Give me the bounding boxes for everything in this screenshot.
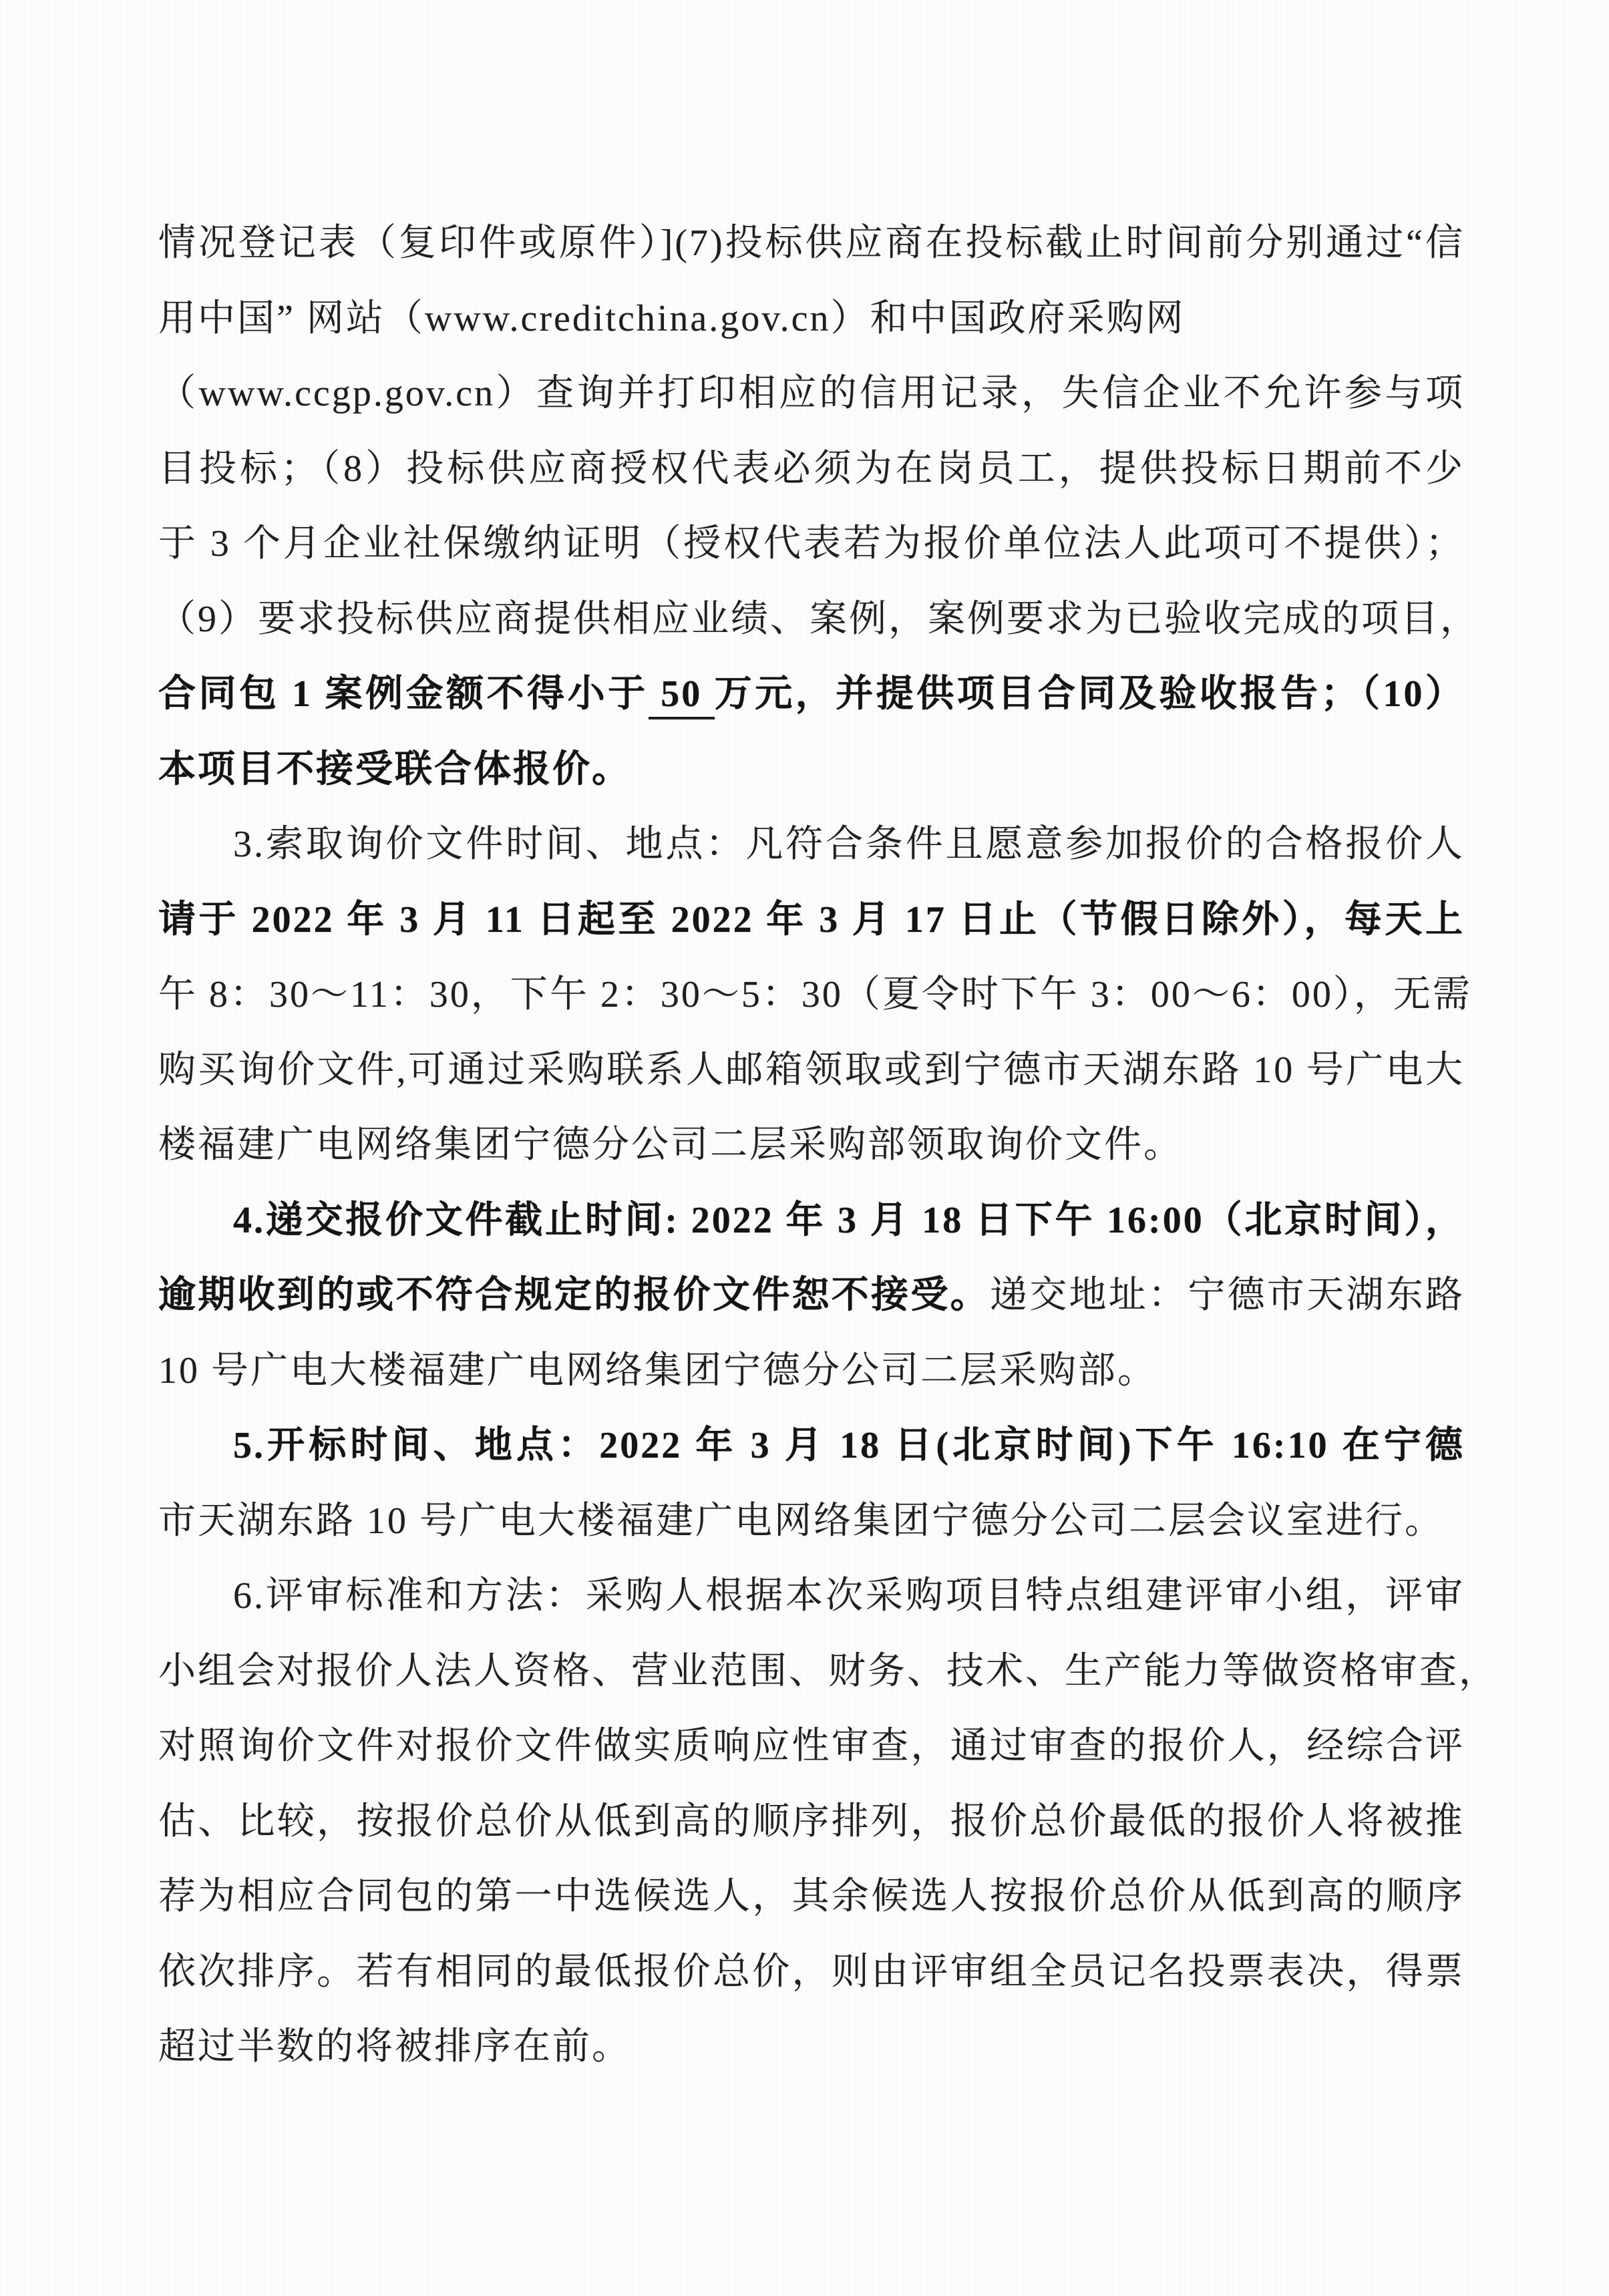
text-segment: 市天湖东路 10 号广电大楼福建广电网络集团宁德分公司二层会议室进行。 (158, 1500, 1444, 1542)
text-line-11: 午 8：30～11：30，下午 2：30～5：30（夏令时下午 3：00～6：0… (158, 957, 1465, 1033)
text-line-22: 估、比较，按报价总价从低到高的顺序排列，报价总价最低的报价人将被推 (158, 1784, 1465, 1860)
text-segment: 万元，并提供项目合同及验收报告；（10） (715, 673, 1465, 715)
text-line-5: 于 3 个月企业社保缴纳证明（授权代表若为报价单位法人此项可不提供）； (158, 506, 1465, 582)
text-line-25: 超过半数的将被排序在前。 (158, 2009, 1465, 2085)
text-segment: 楼福建广电网络集团宁德分公司二层采购部领取询价文件。 (158, 1124, 1183, 1166)
text-segment: 请于 2022 年 3 月 11 日起至 2022 年 3 月 17 日止（节假… (158, 899, 1465, 941)
text-line-13: 楼福建广电网络集团宁德分公司二层采购部领取询价文件。 (158, 1108, 1465, 1183)
text-segment: （www.ccgp.gov.cn）查询并打印相应的信用记录，失信企业不允许参与项 (158, 373, 1465, 414)
text-segment: 6.评审标准和方法：采购人根据本次采购项目特点组建评审小组，评审 (233, 1575, 1465, 1617)
text-line-10: 请于 2022 年 3 月 11 日起至 2022 年 3 月 17 日止（节假… (158, 882, 1465, 958)
text-segment: 于 3 个月企业社保缴纳证明（授权代表若为报价单位法人此项可不提供）； (158, 523, 1465, 564)
text-segment: 4.递交报价文件截止时间: 2022 年 3 月 18 日下午 16:00（北京… (233, 1200, 1465, 1241)
text-line-9: 3.索取询价文件时间、地点：凡符合条件且愿意参加报价的合格报价人 (158, 807, 1465, 882)
text-line-24: 依次排序。若有相同的最低报价总价，则由评审组全员记名投票表决，得票 (158, 1935, 1465, 2010)
text-segment: 目投标；（8）投标供应商授权代表必须为在岗员工，提供投标日期前不少 (158, 448, 1465, 490)
underlined-amount: 50 (649, 673, 715, 719)
text-line-18: 市天湖东路 10 号广电大楼福建广电网络集团宁德分公司二层会议室进行。 (158, 1484, 1465, 1559)
text-segment: 10 号广电大楼福建广电网络集团宁德分公司二层采购部。 (158, 1350, 1157, 1391)
text-segment: 合同包 1 案例金额不得小于 (158, 673, 649, 715)
text-line-23: 荐为相应合同包的第一中选候选人，其余候选人按报价总价从低到高的顺序 (158, 1859, 1465, 1935)
text-line-14: 4.递交报价文件截止时间: 2022 年 3 月 18 日下午 16:00（北京… (158, 1183, 1465, 1259)
text-segment: 递交地址：宁德市天湖东路 (990, 1275, 1465, 1316)
text-segment: 依次排序。若有相同的最低报价总价，则由评审组全员记名投票表决，得票 (158, 1951, 1465, 1993)
text-line-17: 5.开标时间、地点：2022 年 3 月 18 日(北京时间)下午 16:10 … (158, 1408, 1465, 1484)
text-line-19: 6.评审标准和方法：采购人根据本次采购项目特点组建评审小组，评审 (158, 1559, 1465, 1634)
text-line-8: 本项目不接受联合体报价。 (158, 732, 1465, 808)
text-segment: 购买询价文件,可通过采购联系人邮箱领取或到宁德市天湖东路 10 号广电大 (158, 1049, 1465, 1091)
text-line-4: 目投标；（8）投标供应商授权代表必须为在岗员工，提供投标日期前不少 (158, 432, 1465, 507)
document-text-block: 情况登记表（复印件或原件）](7)投标供应商在投标截止时间前分别通过“信用中国”… (158, 206, 1465, 2085)
text-segment: 对照询价文件对报价文件做实质响应性审查，通过审查的报价人，经综合评 (158, 1726, 1465, 1767)
text-line-2: 用中国” 网站（www.creditchina.gov.cn）和中国政府采购网 (158, 281, 1465, 357)
text-segment: 本项目不接受联合体报价。 (158, 749, 631, 790)
text-segment: 荐为相应合同包的第一中选候选人，其余候选人按报价总价从低到高的顺序 (158, 1876, 1465, 1917)
text-segment: 超过半数的将被排序在前。 (158, 2026, 631, 2068)
scanned-document-page: 情况登记表（复印件或原件）](7)投标供应商在投标截止时间前分别通过“信用中国”… (0, 0, 1609, 2296)
text-segment: 5.开标时间、地点：2022 年 3 月 18 日(北京时间)下午 16:10 … (233, 1425, 1465, 1466)
text-line-20: 小组会对报价人法人资格、营业范围、财务、技术、生产能力等做资格审查， (158, 1634, 1465, 1709)
text-line-12: 购买询价文件,可通过采购联系人邮箱领取或到宁德市天湖东路 10 号广电大 (158, 1033, 1465, 1108)
text-line-3: （www.ccgp.gov.cn）查询并打印相应的信用记录，失信企业不允许参与项 (158, 356, 1465, 432)
text-segment: （9）要求投标供应商提供相应业绩、案例，案例要求为已验收完成的项目， (158, 599, 1479, 640)
text-segment: 情况登记表（复印件或原件）](7)投标供应商在投标截止时间前分别通过“信 (158, 222, 1465, 264)
text-segment: 用中国” 网站（www.creditchina.gov.cn）和中国政府采购网 (158, 298, 1186, 339)
text-line-6: （9）要求投标供应商提供相应业绩、案例，案例要求为已验收完成的项目， (158, 582, 1465, 657)
text-segment: 3.索取询价文件时间、地点：凡符合条件且愿意参加报价的合格报价人 (233, 824, 1465, 865)
text-line-16: 10 号广电大楼福建广电网络集团宁德分公司二层采购部。 (158, 1333, 1465, 1409)
text-segment: 估、比较，按报价总价从低到高的顺序排列，报价总价最低的报价人将被推 (158, 1801, 1465, 1842)
text-segment: 午 8：30～11：30，下午 2：30～5：30（夏令时下午 3：00～6：0… (158, 974, 1472, 1015)
text-line-7: 合同包 1 案例金额不得小于 50 万元，并提供项目合同及验收报告；（10） (158, 657, 1465, 732)
text-segment: 逾期收到的或不符合规定的报价文件恕不接受。 (158, 1275, 990, 1316)
text-line-15: 逾期收到的或不符合规定的报价文件恕不接受。递交地址：宁德市天湖东路 (158, 1258, 1465, 1333)
text-line-21: 对照询价文件对报价文件做实质响应性审查，通过审查的报价人，经综合评 (158, 1709, 1465, 1784)
text-line-1: 情况登记表（复印件或原件）](7)投标供应商在投标截止时间前分别通过“信 (158, 206, 1465, 281)
text-segment: 小组会对报价人法人资格、营业范围、财务、技术、生产能力等做资格审查， (158, 1651, 1498, 1692)
